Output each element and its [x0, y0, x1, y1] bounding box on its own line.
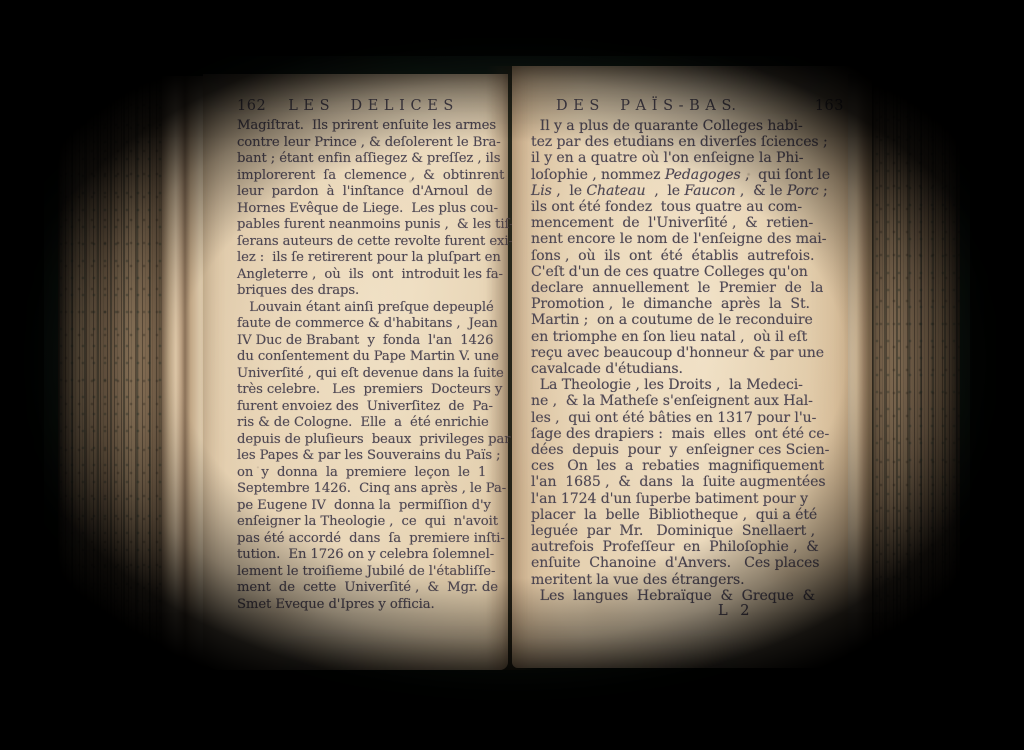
text-line: Promotion , le dimanche après la St. [531, 296, 857, 312]
text-line: ſons , où ils ont été établis autrefois. [531, 248, 857, 264]
right-text-column: Il y a plus de quarante Colleges habi-te… [531, 118, 857, 604]
text-line: pas été accordé dans ſa premiere inſti- [237, 531, 509, 548]
text-line: Magiſtrat. Ils prirent enſuite les armes [237, 118, 509, 135]
right-leaf-edges [872, 80, 960, 658]
text-line: Angleterre , où ils ont introduit les fa… [237, 267, 509, 284]
text-line: Martin ; on a coutume de le reconduire [531, 312, 857, 328]
text-line: La Theologie , les Droits , la Medeci- [531, 377, 857, 393]
text-line: placer la belle Bibliotheque , qui a été [531, 507, 857, 523]
right-running-head: D E S P A Ï S - B A S. 163 [556, 98, 844, 114]
book-photograph: 162 L E S D E L I C E S Magiſtrat. Ils p… [0, 0, 1024, 750]
text-line: pe Eugene IV donna la permiſſion d'y [237, 498, 509, 515]
text-line: contre leur Prince , & deſolerent le Bra… [237, 135, 509, 152]
text-line: pables furent neanmoins punis , & les ti… [237, 217, 509, 234]
text-line: l'an 1685 , & dans la ſuite augmentées [531, 474, 857, 490]
text-line: Lis , le Chateau , le Faucon , & le Porc… [531, 183, 857, 199]
text-line: Louvain étant ainſi preſque depeuplé [237, 300, 509, 317]
right-running-title: D E S P A Ï S - B A S. [556, 98, 737, 114]
text-line: cavalcade d'étudians. [531, 361, 857, 377]
text-line: briques des draps. [237, 283, 509, 300]
text-line: Il y a plus de quarante Colleges habi- [531, 118, 857, 134]
right-page: D E S P A Ï S - B A S. 163 Il y a plus d… [512, 66, 860, 668]
text-line: dées depuis pour y enſeigner ces Scien- [531, 442, 857, 458]
text-line: leur pardon à l'inſtance d'Arnoul de [237, 184, 509, 201]
text-line: Hornes Evêque de Liege. Les plus cou- [237, 201, 509, 218]
text-line: ces On les a rebaties magnifiquement [531, 458, 857, 474]
text-line: ſerans auteurs de cette revolte furent e… [237, 234, 509, 251]
left-page-number: 162 [237, 98, 266, 114]
text-line: mencement de l'Univerſité , & retien- [531, 215, 857, 231]
text-line: ris & de Cologne. Elle a été enrichie [237, 415, 509, 432]
text-line: Les langues Hebraïque & Greque & [531, 588, 857, 604]
text-line: très celebre. Les premiers Docteurs y [237, 382, 509, 399]
text-line: les Papes & par les Souverains du Païs ; [237, 448, 509, 465]
text-line: implorerent ſa clemence , & obtinrent [237, 168, 509, 185]
text-line: l'an 1724 d'un ſuperbe batiment pour y [531, 491, 857, 507]
text-line: lement le troiſieme Jubilé de l'établiſſ… [237, 564, 509, 581]
text-line: ment de cette Univerſité , & Mgr. de [237, 580, 509, 597]
text-line: faute de commerce & d'habitans , Jean [237, 316, 509, 333]
text-line: il y en a quatre où l'on enſeigne la Phi… [531, 150, 857, 166]
left-running-head: 162 L E S D E L I C E S [237, 98, 454, 114]
text-line: meritent la vue des étrangers. [531, 572, 857, 588]
text-line: on y donna la premiere leçon le 1 [237, 465, 509, 482]
text-line: furent envoiez des Univerſitez de Pa- [237, 399, 509, 416]
text-line: autrefois Profeſſeur en Philoſophie , & [531, 539, 857, 555]
text-line: IV Duc de Brabant y fonda l'an 1426 [237, 333, 509, 350]
right-page-number: 163 [815, 98, 844, 114]
text-line: declare annuellement le Premier de la [531, 280, 857, 296]
text-line: leguée par Mr. Dominique Snellaert , [531, 523, 857, 539]
text-line: reçu avec beaucoup d'honneur & par une [531, 345, 857, 361]
text-line: tution. En 1726 on y celebra ſolemnel- [237, 547, 509, 564]
left-page-curl [162, 76, 208, 668]
left-running-title: L E S D E L I C E S [288, 98, 454, 114]
text-line: loſophie , nommez Pedagoges , qui ſont l… [531, 167, 857, 183]
text-line: enſeigner la Theologie , ce qui n'avoit [237, 514, 509, 531]
text-line: lez : ils ſe retirerent pour la pluſpart… [237, 250, 509, 267]
text-line: ne , & la Matheſe s'enſeignent aux Hal- [531, 393, 857, 409]
text-line: depuis de pluſieurs beaux privileges par [237, 432, 509, 449]
text-line: bant ; étant enfin aſſiegez & preſſez , … [237, 151, 509, 168]
text-line: enſuite Chanoine d'Anvers. Ces places [531, 555, 857, 571]
text-line: du conſentement du Pape Martin V. une [237, 349, 509, 366]
text-line: en triomphe en ſon lieu natal , où il eſ… [531, 329, 857, 345]
text-line: nent encore le nom de l'enſeigne des mai… [531, 231, 857, 247]
text-line: C'eſt d'un de ces quatre Colleges qu'on [531, 264, 857, 280]
left-text-column: Magiſtrat. Ils prirent enſuite les armes… [237, 118, 509, 613]
left-leaf-edges [58, 70, 166, 672]
text-line: les , qui ont été bâties en 1317 pour l'… [531, 410, 857, 426]
text-line: tez par des etudians en diverſes ſcience… [531, 134, 857, 150]
text-line: Smet Eveque d'Ipres y officia. [237, 597, 509, 614]
text-line: Univerſité , qui eſt devenue dans la ſui… [237, 366, 509, 383]
text-line: Septembre 1426. Cinq ans après , le Pa- [237, 481, 509, 498]
text-line: ils ont été fondez tous quatre au com- [531, 199, 857, 215]
left-page: 162 L E S D E L I C E S Magiſtrat. Ils p… [203, 74, 508, 670]
text-line: ſage des drapiers : mais elles ont été c… [531, 426, 857, 442]
signature-mark: L 2 [718, 603, 753, 619]
